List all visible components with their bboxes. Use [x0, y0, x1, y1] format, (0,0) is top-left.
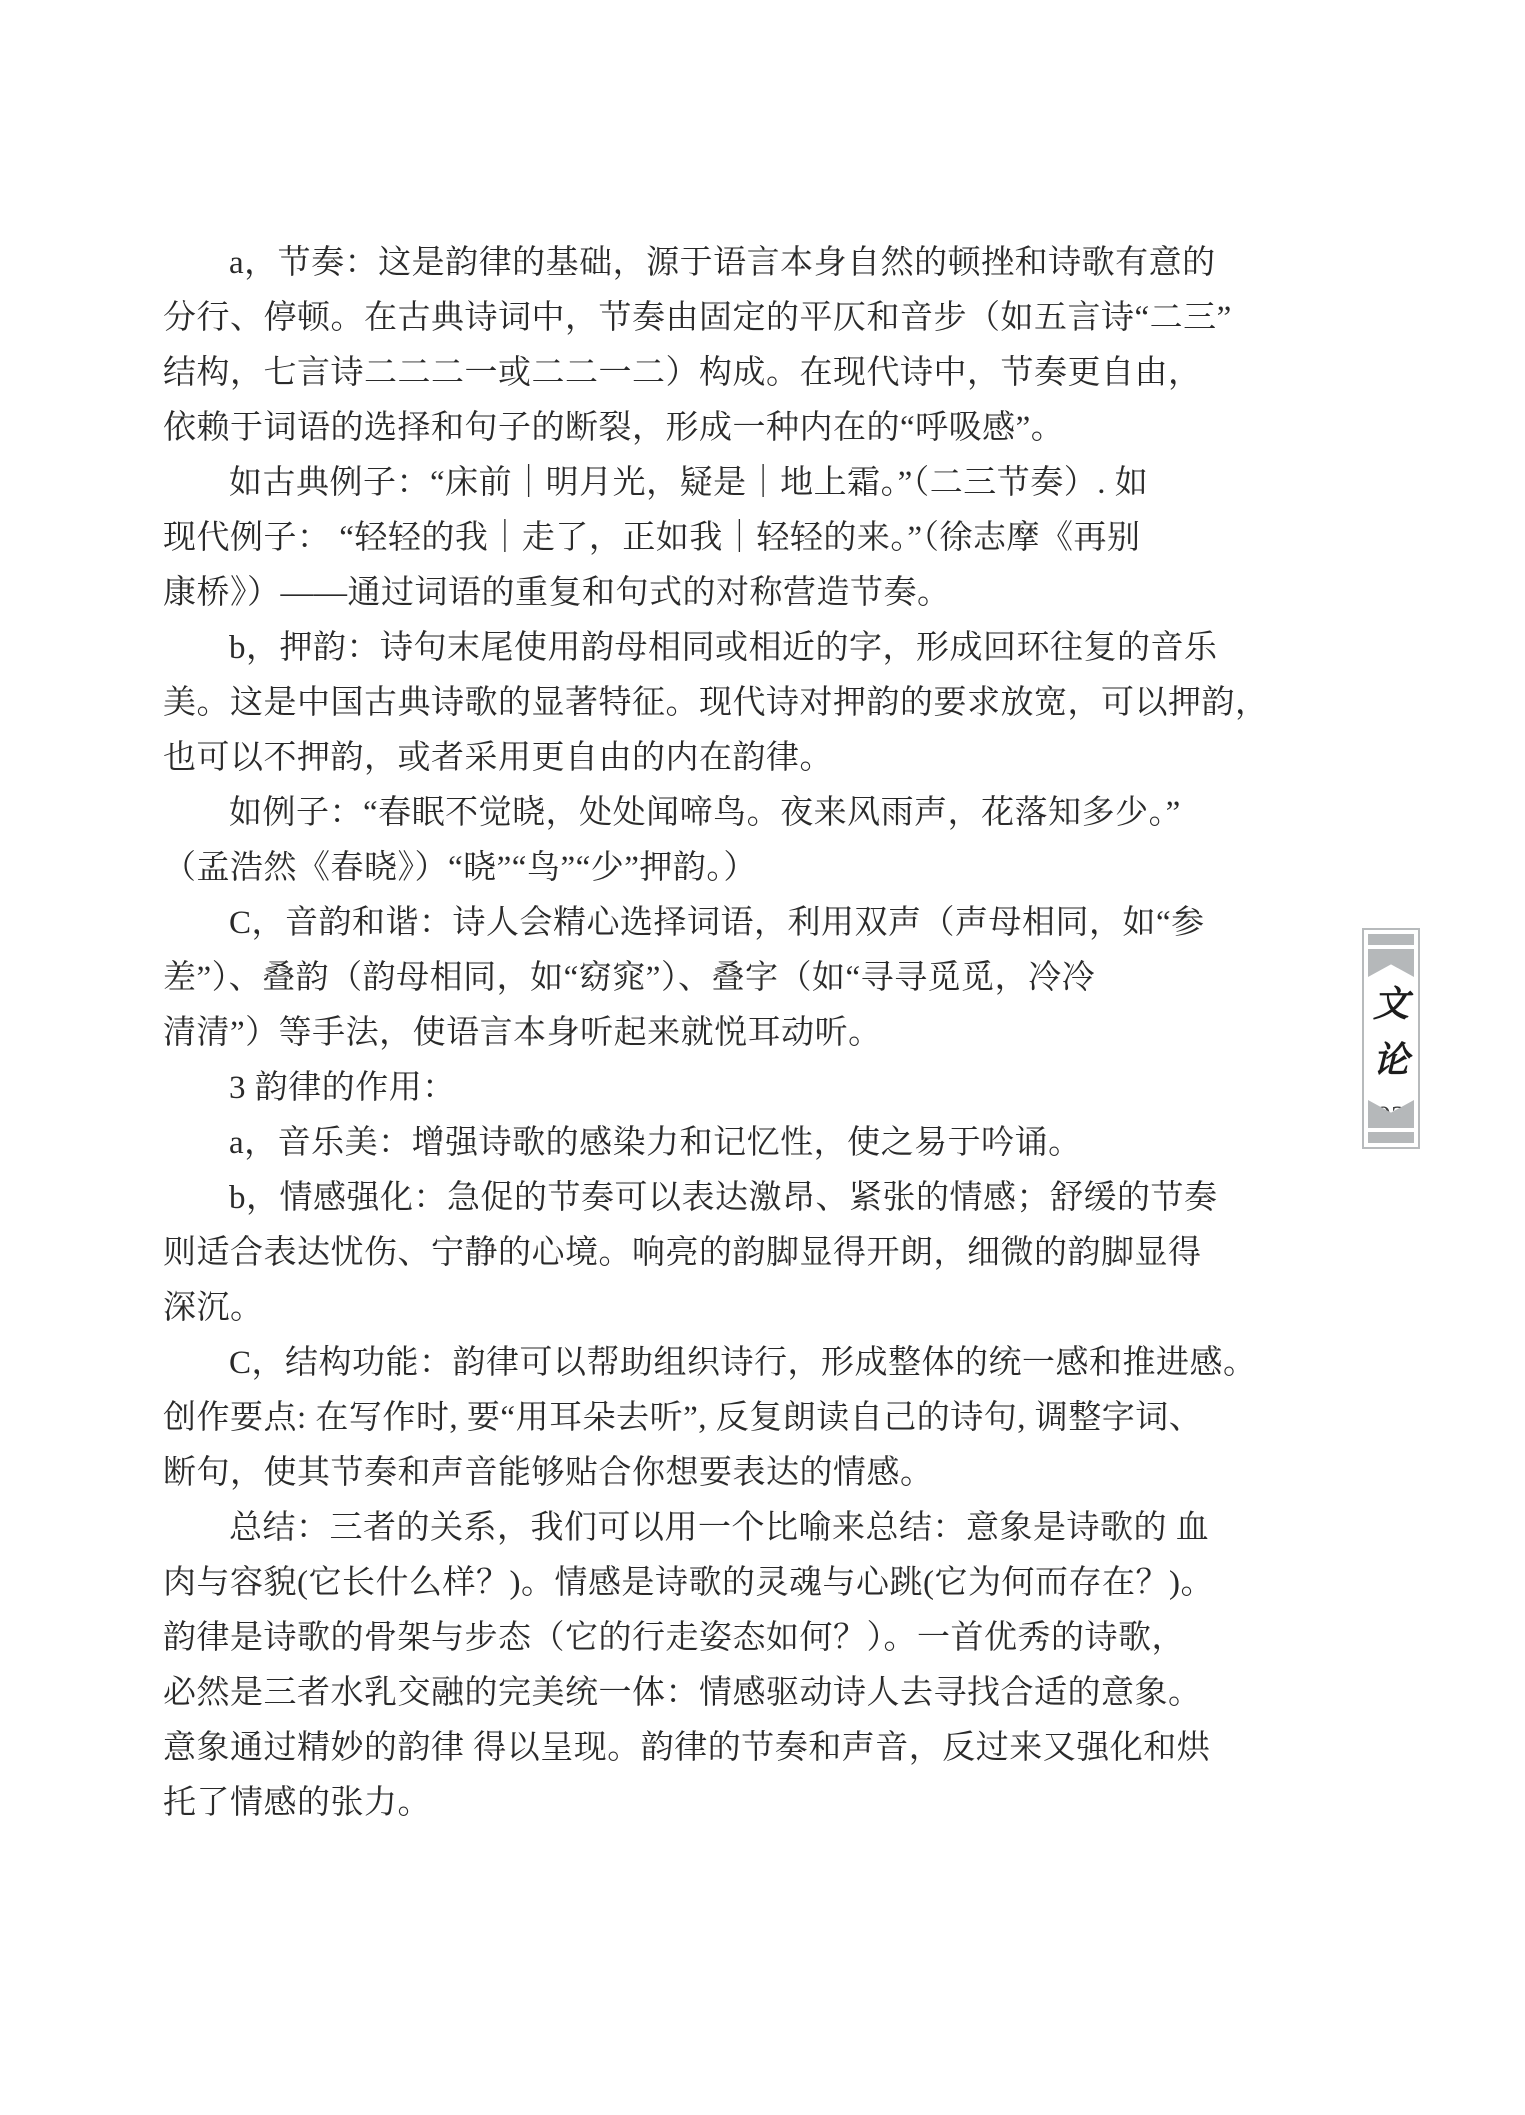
- text-line: 依赖于词语的选择和句子的断裂，形成一种内在的“呼吸感”。: [163, 401, 1348, 456]
- text-line: 现代例子： “轻轻的我｜走了，正如我｜轻轻的来。”（徐志摩《再别: [163, 511, 1348, 566]
- text-line: a，音乐美：增强诗歌的感染力和记忆性，使之易于吟诵。: [163, 1116, 1348, 1171]
- text-line: 创作要点: 在写作时, 要“用耳朵去听”, 反复朗读自己的诗句, 调整字词、: [163, 1391, 1348, 1446]
- body-text: a，节奏：这是韵律的基础，源于语言本身自然的顿挫和诗歌有意的分行、停顿。在古典诗…: [163, 236, 1348, 1831]
- tab-label-char-2: 论: [1364, 1042, 1418, 1078]
- text-line: 则适合表达忧伤、宁静的心境。响亮的韵脚显得开朗，细微的韵脚显得: [163, 1226, 1348, 1281]
- text-line: 必然是三者水乳交融的完美统一体：情感驱动诗人去寻找合适的意象。: [163, 1666, 1348, 1721]
- text-line: b，押韵：诗句末尾使用韵母相同或相近的字，形成回环往复的音乐: [163, 621, 1348, 676]
- chapter-bookmark-tab: 文 论 93: [1362, 928, 1420, 1149]
- text-line: 康桥》）——通过词语的重复和句式的对称营造节奏。: [163, 566, 1348, 621]
- tab-bottom-bar: [1368, 1132, 1414, 1143]
- text-line: 总结：三者的关系，我们可以用一个比喻来总结：意象是诗歌的 血: [163, 1501, 1348, 1556]
- text-line: 意象通过精妙的韵律 得以呈现。韵律的节奏和声音，反过来又强化和烘: [163, 1721, 1348, 1776]
- text-line: 如古典例子：“床前｜明月光，疑是｜地上霜。”（二三节奏）. 如: [163, 456, 1348, 511]
- text-line: a，节奏：这是韵律的基础，源于语言本身自然的顿挫和诗歌有意的: [163, 236, 1348, 291]
- text-line: 也可以不押韵，或者采用更自由的内在韵律。: [163, 731, 1348, 786]
- text-line: 托了情感的张力。: [163, 1776, 1348, 1831]
- text-line: 断句，使其节奏和声音能够贴合你想要表达的情感。: [163, 1446, 1348, 1501]
- document-page: a，节奏：这是韵律的基础，源于语言本身自然的顿挫和诗歌有意的分行、停顿。在古典诗…: [0, 0, 1525, 2115]
- text-line: 结构，七言诗二二二一或二二一二）构成。在现代诗中，节奏更自由，: [163, 346, 1348, 401]
- text-line: b，情感强化：急促的节奏可以表达激昂、紧张的情感；舒缓的节奏: [163, 1171, 1348, 1226]
- text-line: 分行、停顿。在古典诗词中，节奏由固定的平仄和音步（如五言诗“二三”: [163, 291, 1348, 346]
- text-line: 肉与容貌(它长什么样？)。情感是诗歌的灵魂与心跳(它为何而存在？)。: [163, 1556, 1348, 1611]
- tab-top-bar: [1368, 934, 1414, 945]
- text-line: 如例子：“春眠不觉晓，处处闻啼鸟。夜来风雨声，花落知多少。”: [163, 786, 1348, 841]
- text-line: 韵律是诗歌的骨架与步态（它的行走姿态如何？）。一首优秀的诗歌，: [163, 1611, 1348, 1666]
- text-line: 清清”）等手法，使语言本身听起来就悦耳动听。: [163, 1006, 1348, 1061]
- text-line: C，结构功能：韵律可以帮助组织诗行，形成整体的统一感和推进感。: [163, 1336, 1348, 1391]
- text-line: C，音韵和谐：诗人会精心选择词语，利用双声（声母相同，如“参: [163, 896, 1348, 951]
- text-line: 3 韵律的作用：: [163, 1061, 1348, 1116]
- tab-label-char-1: 文: [1364, 986, 1418, 1022]
- text-line: （孟浩然《春晓》）“晓”“鸟”“少”押韵。）: [163, 841, 1348, 896]
- tab-top-ribbon-icon: [1368, 949, 1414, 977]
- text-line: 美。这是中国古典诗歌的显著特征。现代诗对押韵的要求放宽，可以押韵，: [163, 676, 1348, 731]
- text-line: 差”）、叠韵（韵母相同，如“窈窕”）、叠字（如“寻寻觅觅，冷冷: [163, 951, 1348, 1006]
- text-line: 深沉。: [163, 1281, 1348, 1336]
